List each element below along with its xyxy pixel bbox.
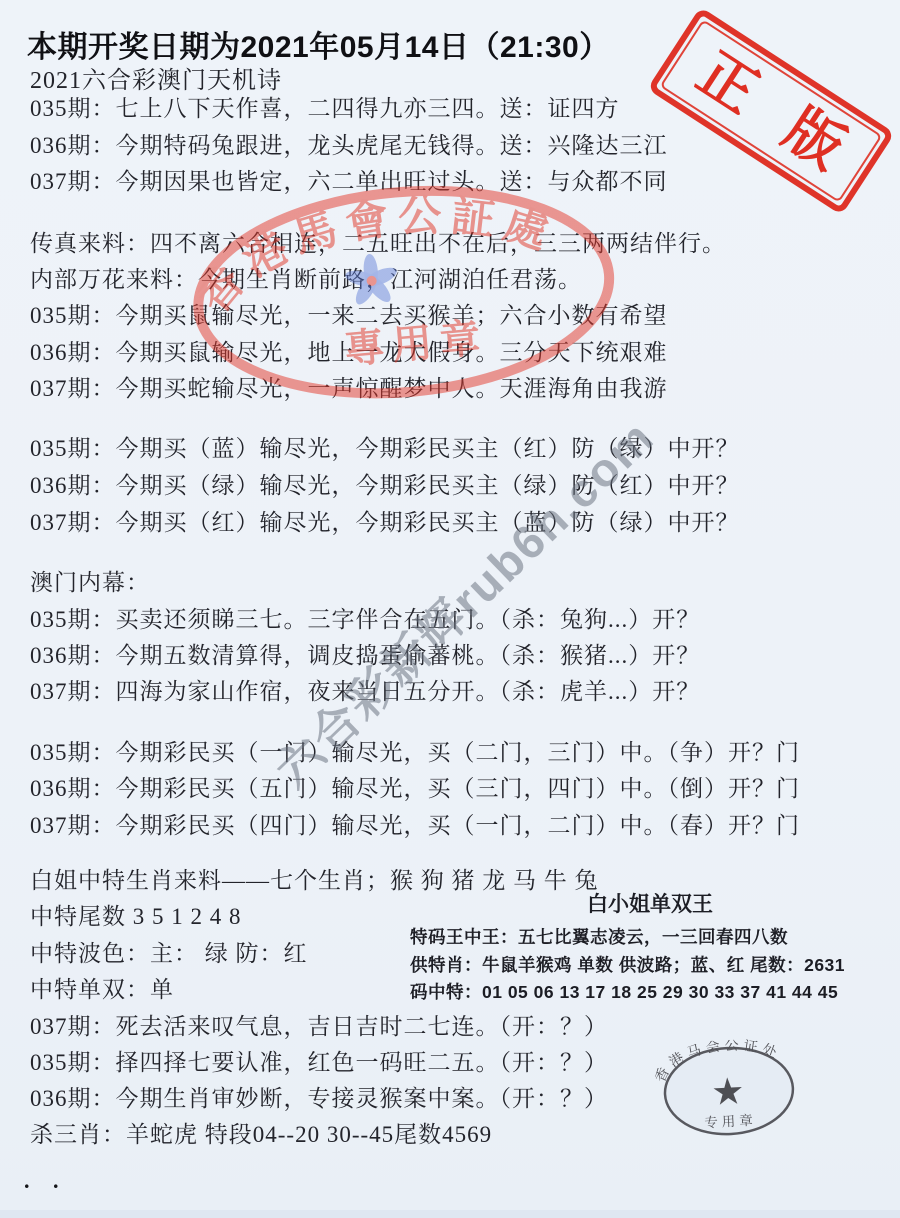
red-oval-seal: 香港馬會公証處 專用章 [181, 168, 628, 423]
neimu-line: 035期：买卖还须睇三七。三字伴合在五门。（杀：兔狗...）开？ [30, 601, 700, 634]
kill-zodiac-line: 杀三肖：羊蛇虎 特段04--20 30--45尾数4569 [30, 1116, 492, 1149]
door-tip-line: 036期：今期彩民买（五门）输尽光，买（三门，四门）中。（倒）开？门 [30, 770, 800, 803]
star-icon: ★ [710, 1070, 745, 1113]
bottom-poem-line: 036期：今期生肖审妙断，专接灵猴案中案。（开：？） [30, 1080, 608, 1113]
bauhinia-emblem-icon [342, 252, 402, 310]
door-tip-line: 037期：今期彩民买（四门）输尽光，买（一门，二门）中。（春）开？门 [30, 807, 800, 840]
section-neimu-heading: 澳门内幕： [30, 564, 150, 597]
baijie-line: 中特单双：单 [30, 971, 174, 1004]
baijie-line: 中特尾数 3 5 1 2 4 8 [30, 898, 242, 931]
baijie-line: 白姐中特生肖来料——七个生肖；猴 狗 猪 龙 马 牛 兔 [30, 862, 599, 895]
scan-speck-marks: . . [24, 1168, 68, 1194]
color-tip-line: 037期：今期买（红）输尽光，今期彩民买主（蓝）防（绿）中开？ [30, 504, 740, 537]
poem-line: 036期：今期特码兔跟进，龙头虎尾无钱得。送：兴隆达三江 [30, 127, 668, 160]
black-seal-bottom-text: 专用章 [704, 1112, 757, 1131]
bottom-poem-line: 037期：死去活来叹气息，吉日吉时二七连。（开：？） [30, 1008, 608, 1041]
red-seal-bottom-text: 專用章 [343, 315, 490, 372]
baixiaojie-title: 白小姐单双王 [540, 888, 760, 918]
lottery-tip-sheet: 本期开奖日期为2021年05月14日（21:30） 2021六合彩澳门天机诗 0… [0, 0, 900, 1218]
genuine-stamp-border: 正版 [659, 19, 882, 203]
door-tip-line: 035期：今期彩民买（一门）输尽光，买（二门，三门）中。（争）开？门 [30, 734, 800, 767]
baixiaojie-line: 供特肖：牛鼠羊猴鸡 单数 供波路；蓝、红 尾数：2631 [410, 952, 845, 977]
genuine-stamp: 正版 [647, 7, 895, 216]
genuine-stamp-text: 正版 [688, 44, 892, 204]
baixiaojie-line: 码中特：01 05 06 13 17 18 25 29 30 33 37 41 … [410, 979, 838, 1004]
baixiaojie-line: 特码王中王：五七比翼志凌云，一三回春四八数 [410, 924, 788, 949]
baijie-line: 中特波色：主： 绿 防：红 [30, 935, 308, 968]
poem-line: 035期：七上八下天作喜，二四得九亦三四。送：证四方 [30, 90, 620, 123]
black-oval-seal: 香港马会公证处 ★ 专用章 [647, 1036, 812, 1148]
bottom-poem-line: 035期：择四择七要认准，红色一码旺二五。（开：？） [30, 1044, 608, 1077]
